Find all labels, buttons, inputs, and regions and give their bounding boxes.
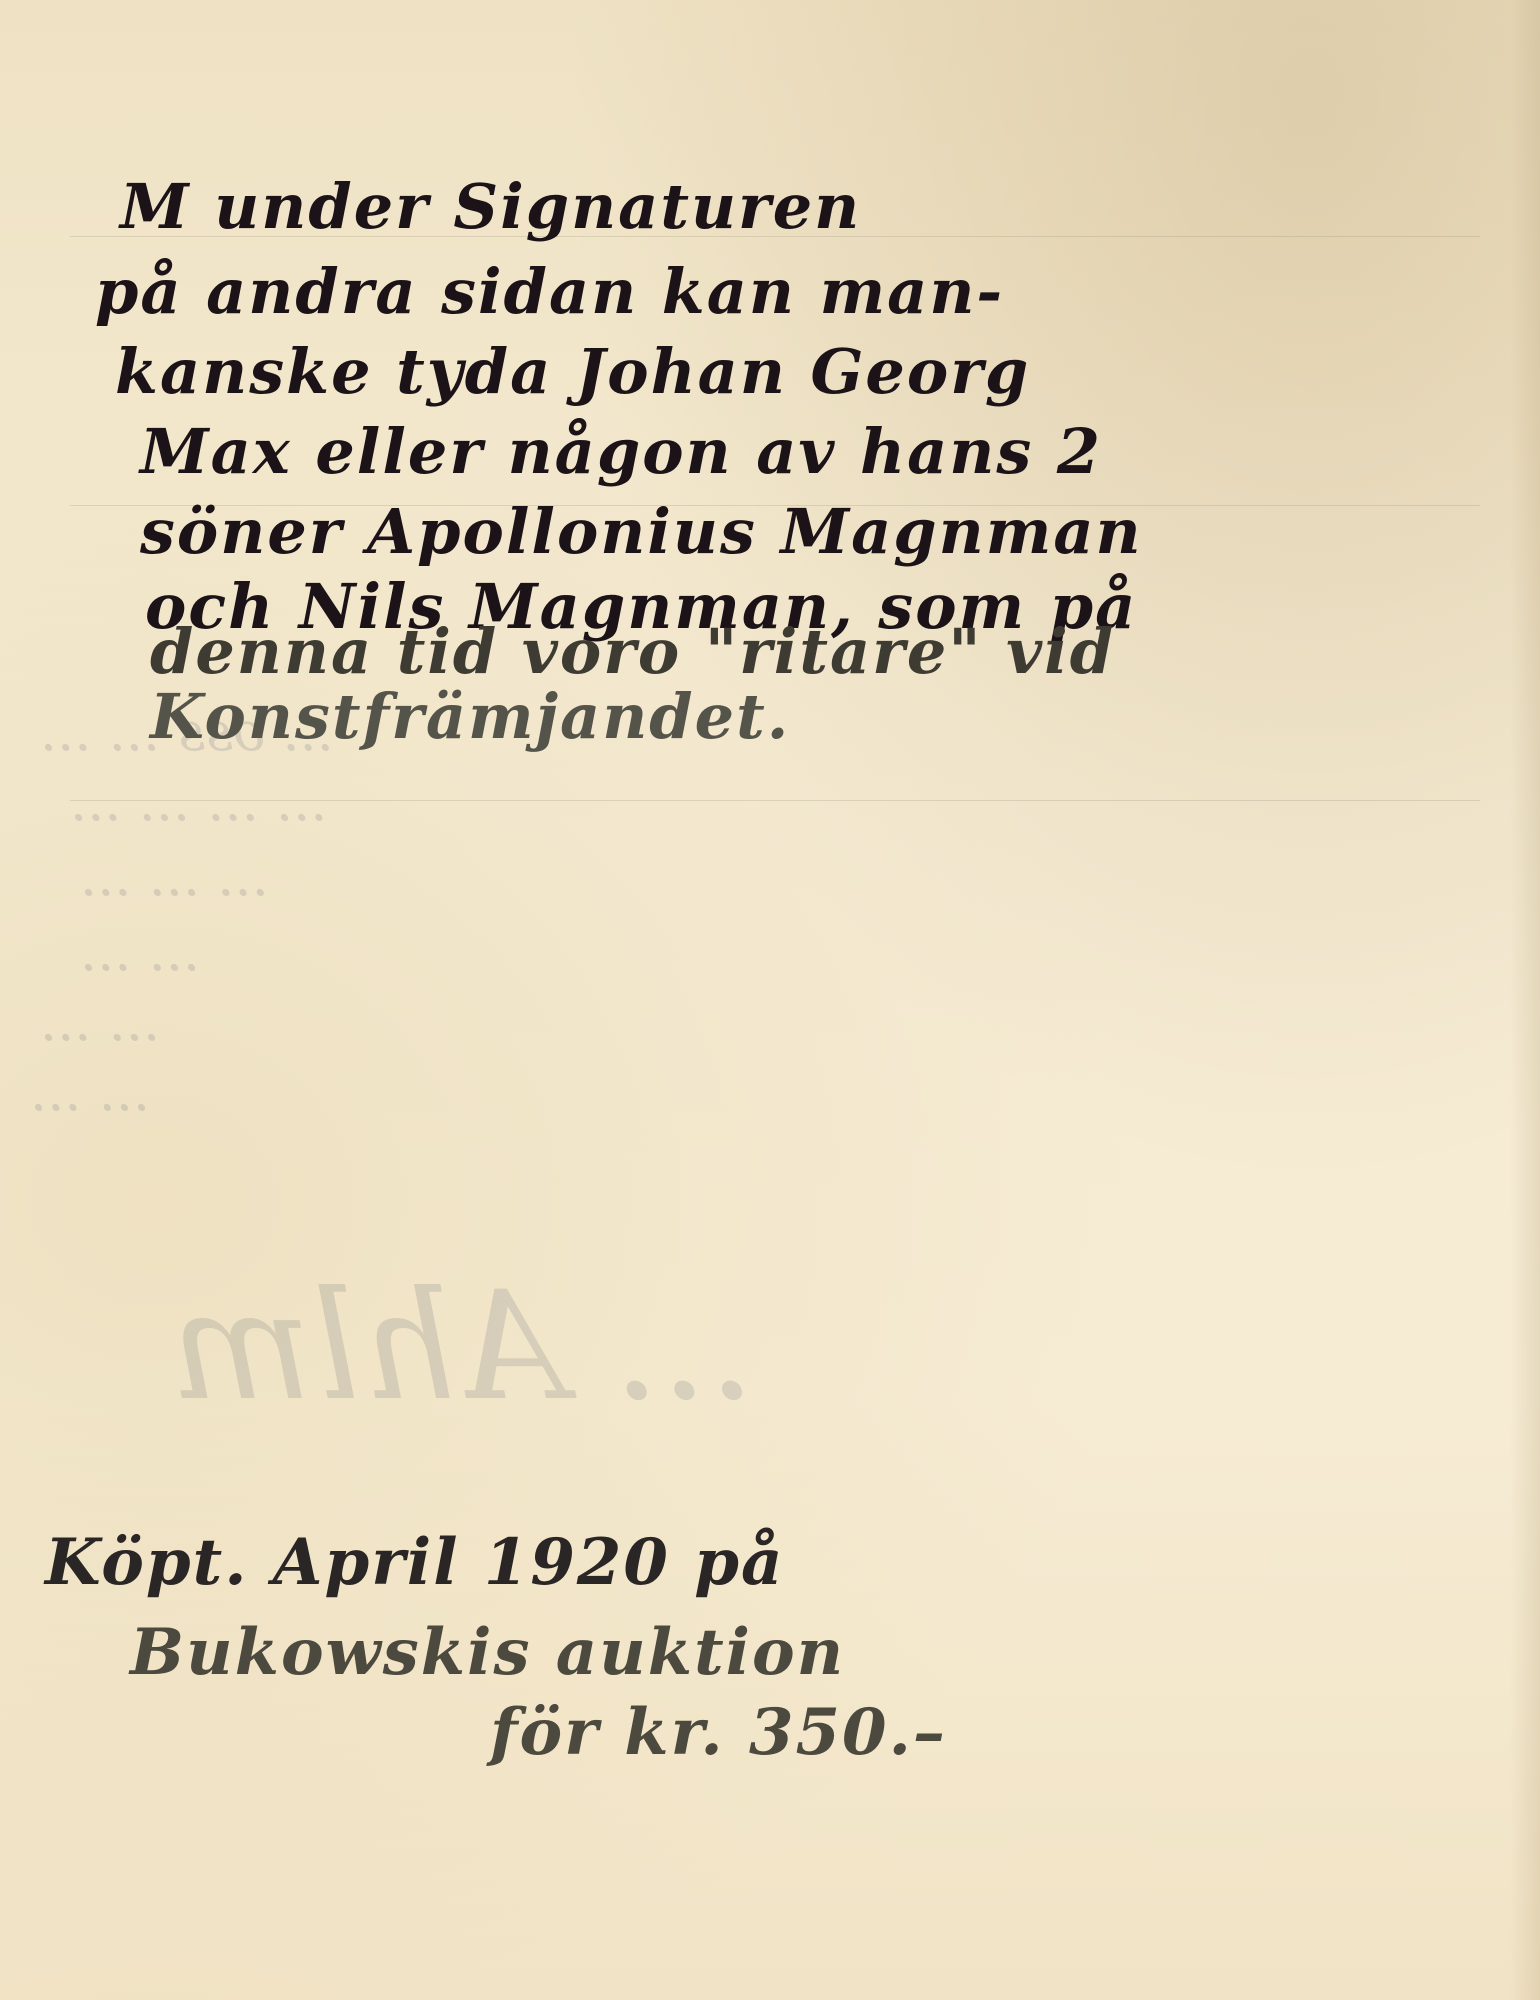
handwritten-line: M under Signaturen <box>120 170 861 243</box>
handwritten-line: denna tid voro "ritare" vid <box>150 615 1115 688</box>
document-page: ... oss ... ... ... ... ... ... ... ... … <box>0 0 1540 2000</box>
handwritten-line: Konstfrämjandet. <box>150 680 790 753</box>
bleed-through-line: ... ... ... ... <box>70 770 327 833</box>
bleed-through-line: ... ... <box>40 990 160 1053</box>
handwritten-line: söner Apollonius Magnman <box>140 495 1143 568</box>
bleed-through-line: ... ... <box>80 920 200 983</box>
handwritten-line: Max eller någon av hans 2 <box>140 415 1102 488</box>
bleed-through-line: ... ... <box>30 1060 150 1123</box>
purchase-note-line: Köpt. April 1920 på <box>45 1525 784 1600</box>
bleed-through-line: ... ... ... <box>80 845 269 908</box>
purchase-note-line: Bukowskis auktion <box>130 1615 845 1690</box>
bleed-through-signature: ... Ahlm <box>170 1260 756 1434</box>
page-edge-shadow <box>1510 0 1540 2000</box>
handwritten-line: på andra sidan kan man- <box>95 255 1004 328</box>
handwritten-line: kanske tyda Johan Georg <box>115 335 1030 408</box>
purchase-note-line: för kr. 350.– <box>490 1695 947 1770</box>
